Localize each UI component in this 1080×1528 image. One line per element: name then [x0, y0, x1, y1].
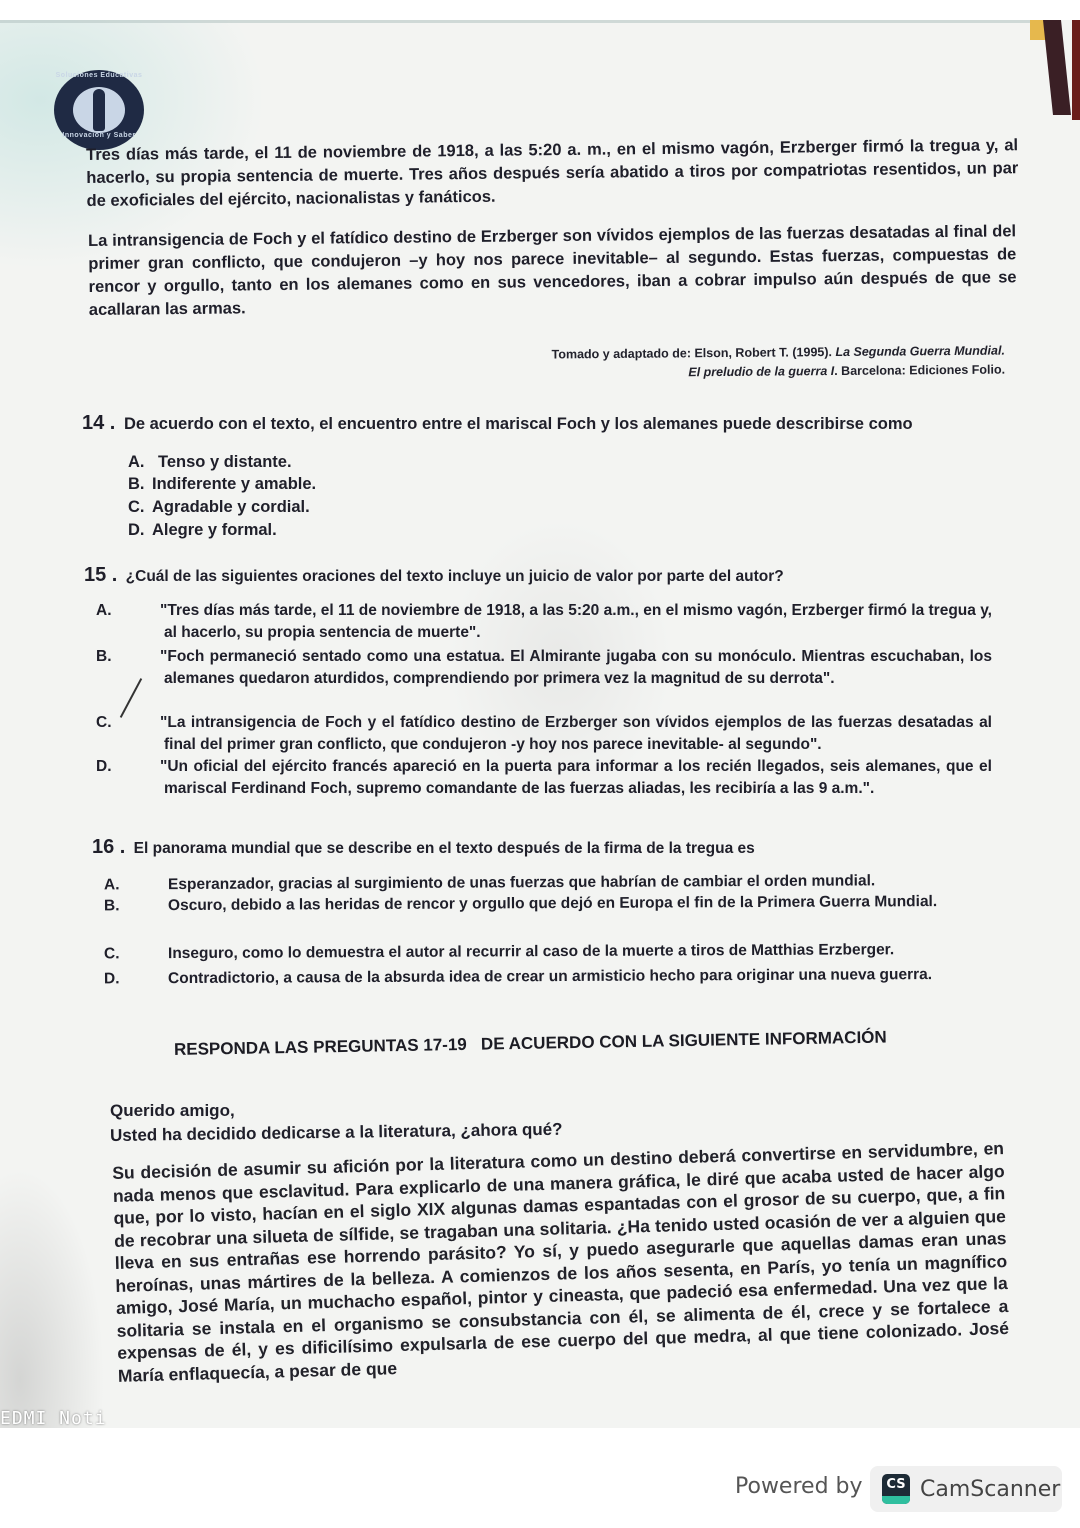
letter-body: Su decisión de asumir su afición por la …	[112, 1137, 1010, 1387]
q15-option-c: C."La intransigencia de Foch y el fatídi…	[130, 712, 992, 756]
watermark-fragment: EDMI Noti	[0, 1408, 107, 1429]
passage-reference: Tomado y adaptado de: Elson, Robert T. (…	[440, 342, 1005, 385]
camscanner-badge[interactable]: CS CamScanner	[870, 1466, 1062, 1512]
q16-option-b: B.Oscuro, debido a las heridas de rencor…	[138, 891, 994, 917]
camscanner-brand-name: CamScanner	[920, 1477, 1060, 1502]
q14-option-c: C.Agradable y cordial.	[128, 496, 310, 518]
reference-suffix: . Barcelona: Ediciones Folio.	[834, 363, 1005, 378]
camscanner-logo-icon: CS	[882, 1474, 910, 1504]
letter-salutation: Querido amigo,	[110, 1099, 235, 1122]
q15-option-b: B."Foch permaneció sentado como una esta…	[130, 646, 992, 690]
question-text: ¿Cuál de las siguientes oraciones del te…	[126, 568, 784, 585]
powered-by-label: Powered by	[735, 1474, 863, 1499]
question-text: De acuerdo con el texto, el encuentro en…	[124, 415, 913, 433]
q14-option-d: D.Alegre y formal.	[128, 519, 277, 541]
q14-option-b: B.Indiferente y amable.	[128, 473, 316, 495]
logo-bottom-text: Innovación y Saber	[54, 132, 144, 139]
reference-title-1: La Segunda Guerra Mundial.	[835, 344, 1005, 359]
q16-option-d: D.Contradictorio, a causa de la absurda …	[138, 962, 994, 992]
logo-top-text: Soluciones Educativas	[54, 72, 144, 79]
question-number: 15 .	[84, 564, 117, 586]
question-number: 16 .	[92, 836, 125, 858]
q15-option-a: A."Tres días más tarde, el 11 de noviemb…	[130, 600, 992, 644]
question-number: 14 .	[82, 412, 115, 434]
q14-option-a: A.Tenso y distante.	[128, 451, 292, 473]
question-16: 16 . El panorama mundial que se describe…	[92, 836, 992, 860]
reference-prefix: Tomado y adaptado de: Elson, Robert T. (…	[552, 345, 836, 361]
reference-title-2: El preludio de la guerra I	[688, 364, 834, 379]
background-objects-corner	[1030, 20, 1080, 120]
page-top-edge	[0, 20, 1030, 23]
passage-paragraph-1: Tres días más tarde, el 11 de noviembre …	[86, 134, 1019, 213]
question-14: 14 . De acuerdo con el texto, el encuent…	[82, 412, 982, 436]
question-15: 15 . ¿Cuál de las siguientes oraciones d…	[84, 564, 984, 588]
q16-option-c: C.Inseguro, como lo demuestra el autor a…	[138, 939, 994, 965]
passage-paragraph-2: La intransigencia de Foch y el fatídico …	[88, 220, 1017, 322]
q15-option-d: D."Un oficial del ejército francés apare…	[130, 756, 992, 800]
question-text: El panorama mundial que se describe en e…	[134, 840, 755, 857]
